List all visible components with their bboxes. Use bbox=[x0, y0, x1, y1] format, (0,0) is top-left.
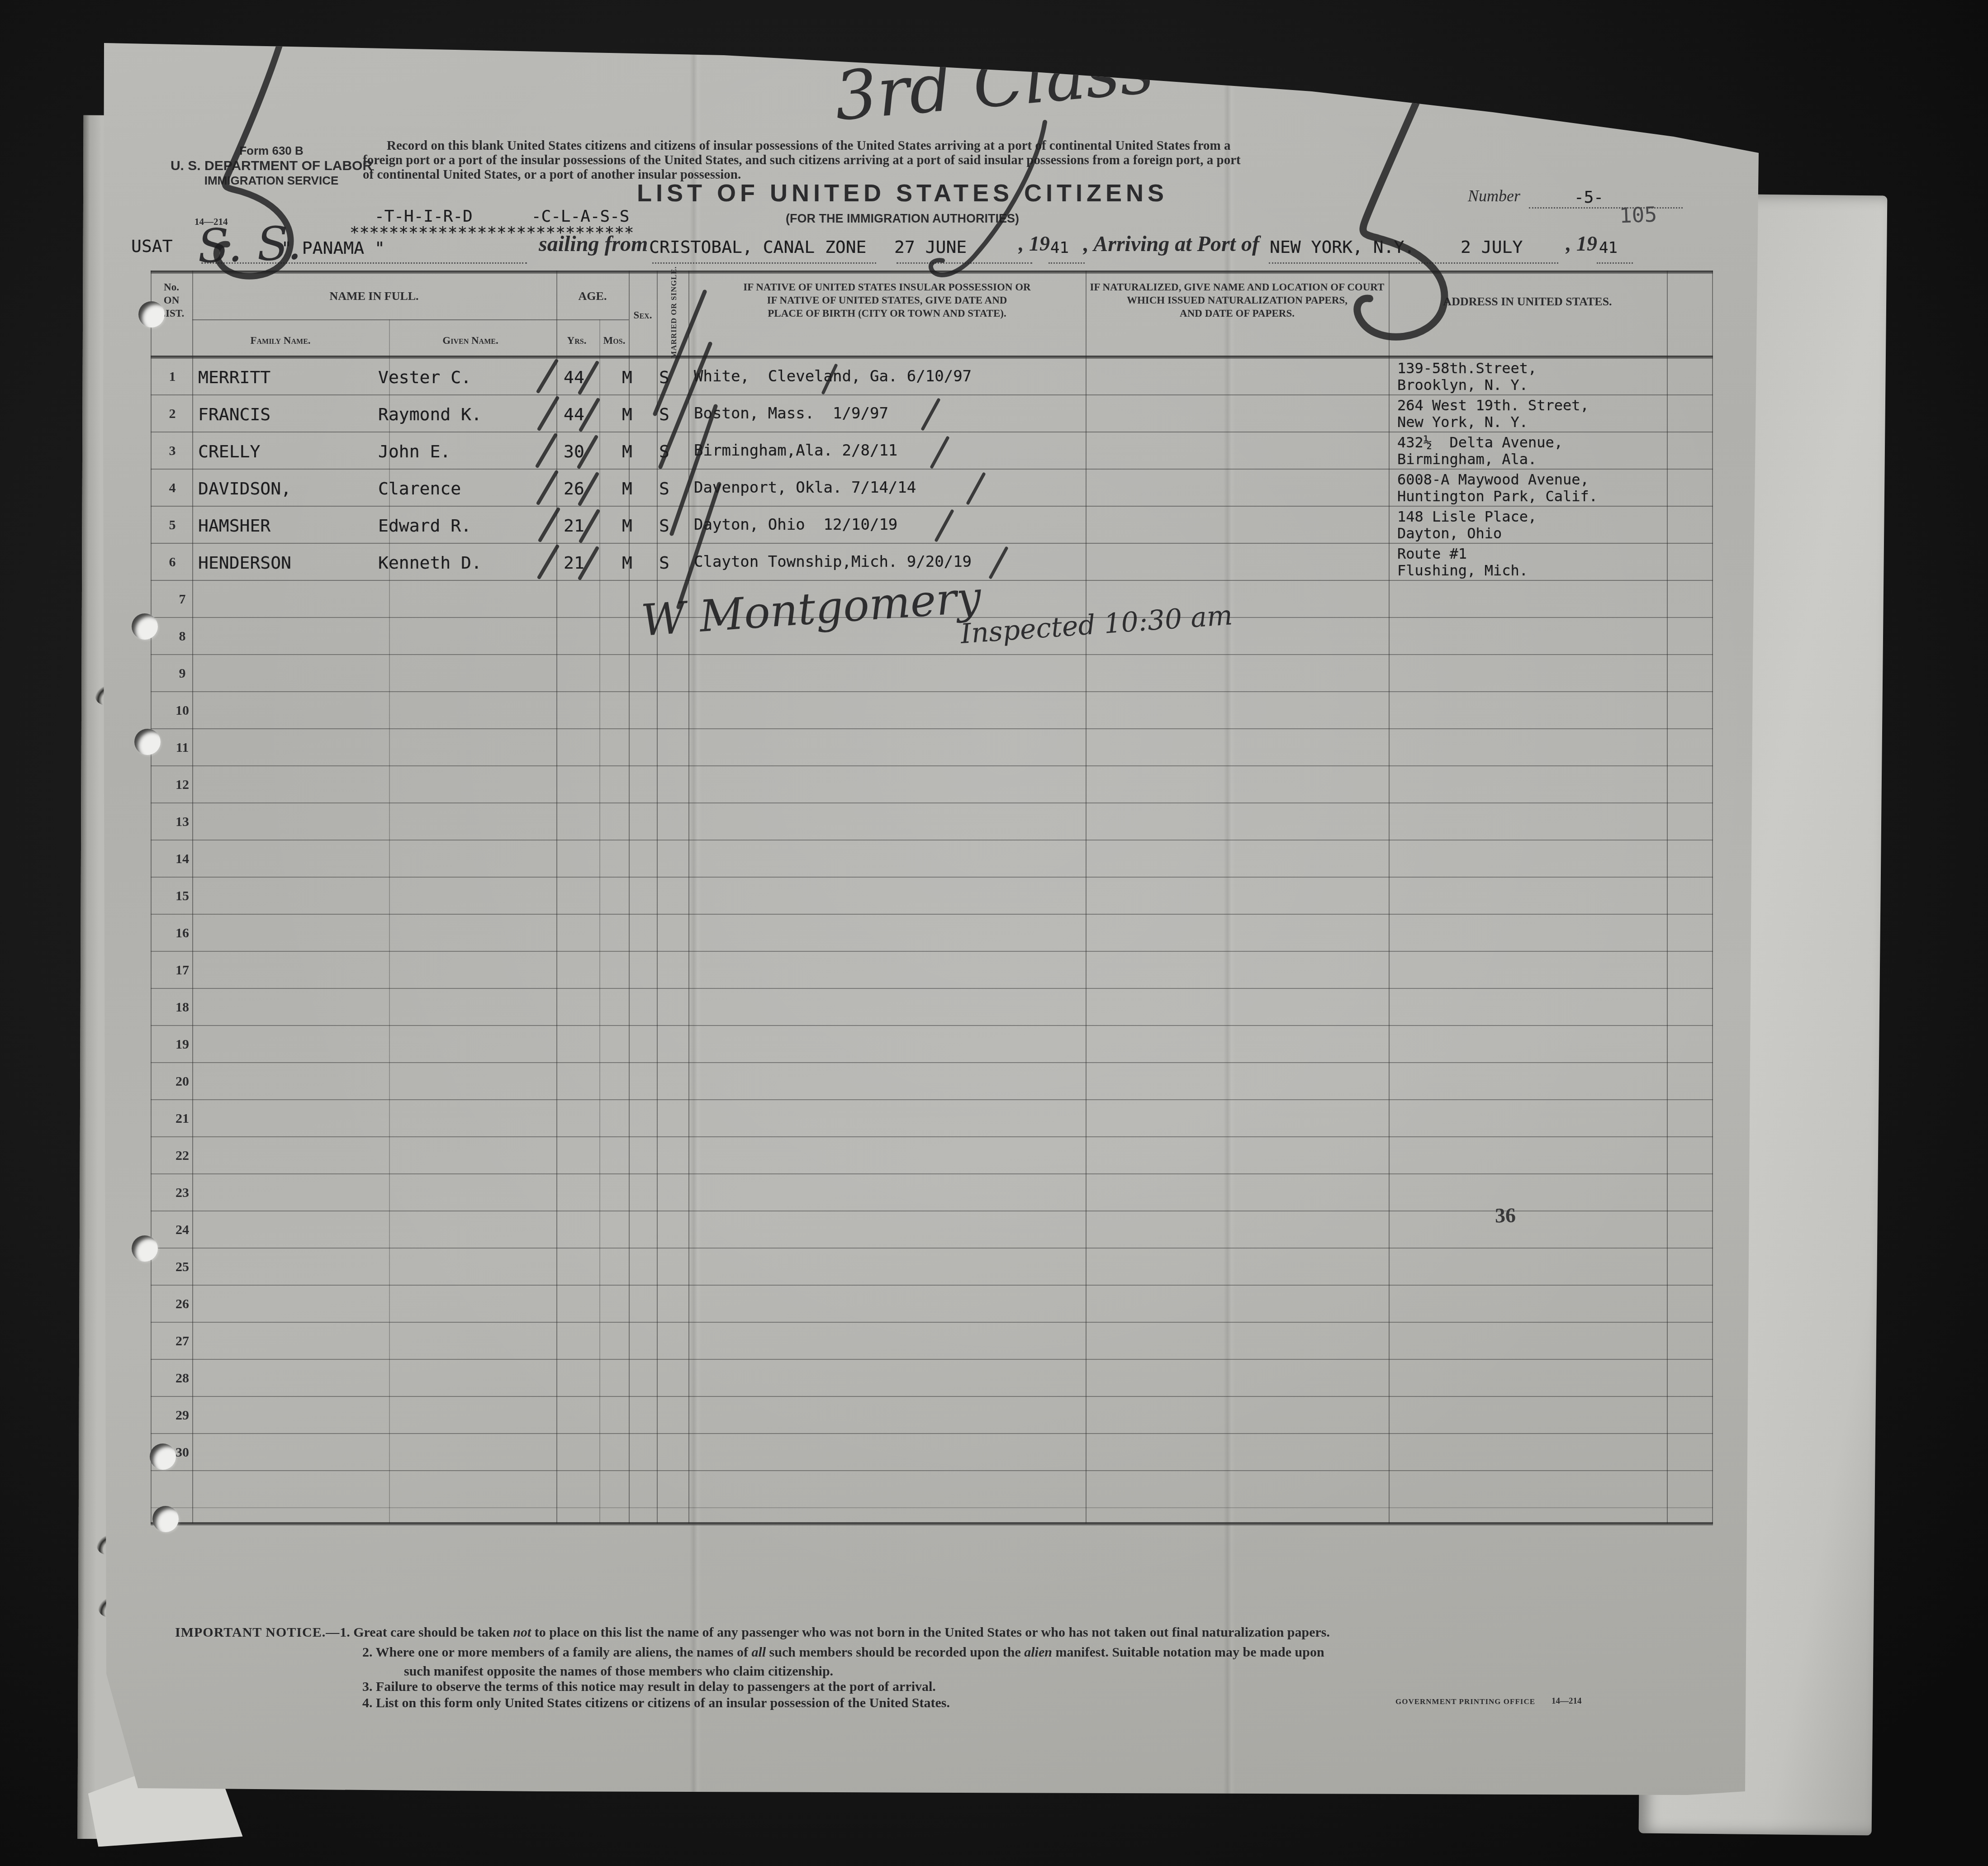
us-address: Route #1Flushing, Mich. bbox=[1397, 546, 1528, 579]
notice-lead: IMPORTANT NOTICE.— bbox=[175, 1625, 340, 1640]
notice-item2-post: manifest. Suitable notation may be made … bbox=[1052, 1645, 1324, 1660]
row-number: 22 bbox=[164, 1148, 200, 1163]
address-line1: 432½ Delta Avenue, bbox=[1397, 434, 1563, 451]
empty-row-18: 18 bbox=[151, 988, 1713, 1026]
marital-status: S bbox=[659, 442, 669, 461]
age-yrs: 21 bbox=[564, 553, 584, 573]
punch-hole-icon bbox=[152, 1506, 179, 1532]
row-number: 18 bbox=[164, 1000, 200, 1015]
header-naturalized-line3: AND DATE OF PAPERS. bbox=[1090, 307, 1385, 320]
row-number: 15 bbox=[164, 888, 200, 904]
row-number: 27 bbox=[164, 1334, 200, 1349]
sailing-year: 41 bbox=[1050, 239, 1069, 257]
header-no-line2: ON bbox=[159, 294, 184, 307]
given-name: Raymond K. bbox=[378, 404, 482, 424]
empty-row-22: 22 bbox=[151, 1136, 1713, 1174]
row-number: 24 bbox=[164, 1222, 200, 1238]
subheader-rule bbox=[192, 319, 629, 320]
address-line2: Flushing, Mich. bbox=[1397, 562, 1528, 579]
gpo-imprint: GOVERNMENT PRINTING OFFICE bbox=[1395, 1697, 1535, 1706]
sex: M bbox=[622, 479, 632, 499]
row-number: 26 bbox=[164, 1296, 200, 1312]
number-value: -5- bbox=[1574, 188, 1604, 207]
marital-status: S bbox=[659, 516, 669, 536]
sailing-year-rule bbox=[1049, 262, 1085, 264]
empty-row-12: 12 bbox=[151, 765, 1713, 803]
row-number: 13 bbox=[164, 814, 200, 830]
empty-row-26: 26 bbox=[151, 1285, 1713, 1323]
sailing-label: sailing from bbox=[539, 232, 648, 256]
punch-hole-icon bbox=[150, 1443, 176, 1470]
row-number: 8 bbox=[164, 629, 200, 644]
marital-status: S bbox=[659, 367, 669, 387]
empty-row-11: 11 bbox=[151, 728, 1713, 766]
notice-line-2: 2. Where one or more members of a family… bbox=[362, 1645, 1324, 1660]
empty-row-23: 23 bbox=[151, 1173, 1713, 1211]
us-address: 432½ Delta Avenue,Birmingham, Ala. bbox=[1397, 434, 1563, 468]
empty-row-15: 15 bbox=[151, 877, 1713, 915]
punch-hole-icon bbox=[132, 613, 158, 640]
row-number: 3 bbox=[154, 443, 190, 459]
header-birth: IF NATIVE OF UNITED STATES INSULAR POSSE… bbox=[743, 280, 1030, 320]
notice-line-4: 3. Failure to observe the terms of this … bbox=[362, 1679, 936, 1695]
plate-code: 14—214 bbox=[195, 216, 228, 228]
header-birth-line1: IF NATIVE OF UNITED STATES INSULAR POSSE… bbox=[743, 280, 1030, 294]
family-name: HENDERSON bbox=[198, 553, 291, 573]
row-number: 7 bbox=[164, 592, 200, 607]
birthplace: Dayton, Ohio 12/10/19 bbox=[694, 516, 897, 534]
class-note-script: 3rd Class bbox=[831, 30, 1157, 136]
row-number: 9 bbox=[164, 666, 200, 681]
address-line2: Birmingham, Ala. bbox=[1397, 451, 1537, 468]
sailing-date: 27 JUNE bbox=[894, 237, 967, 257]
empty-row-20: 20 bbox=[151, 1062, 1713, 1100]
gpo-code: 14—214 bbox=[1551, 1696, 1582, 1706]
address-line2: Dayton, Ohio bbox=[1397, 525, 1502, 542]
header-birth-line2: IF NATIVE OF UNITED STATES, GIVE DATE AN… bbox=[743, 294, 1030, 307]
us-address: 264 West 19th. Street,New York, N. Y. bbox=[1397, 397, 1589, 431]
given-name: Vester C. bbox=[378, 367, 471, 387]
year-prefix-sailing: , 19 bbox=[1019, 232, 1050, 256]
header-name-in-full: NAME IN FULL. bbox=[329, 290, 418, 303]
header-address: ADDRESS IN UNITED STATES. bbox=[1443, 295, 1612, 308]
us-address: 139-58th.Street,Brooklyn, N. Y. bbox=[1397, 360, 1537, 394]
header-family-name: Family Name. bbox=[250, 334, 310, 347]
empty-row-16: 16 bbox=[151, 914, 1713, 952]
birthplace: Birmingham,Ala. 2/8/11 bbox=[694, 442, 897, 460]
notice-line-5: 4. List on this form only United States … bbox=[362, 1695, 950, 1711]
passenger-row-6: 6 HENDERSON Kenneth D. 21 M S Clayton To… bbox=[151, 543, 1713, 581]
sex: M bbox=[622, 367, 632, 387]
sailing-port: CRISTOBAL, CANAL ZONE bbox=[649, 237, 866, 257]
family-name: HAMSHER bbox=[198, 516, 270, 536]
row-number: 19 bbox=[164, 1037, 200, 1052]
family-name: DAVIDSON, bbox=[198, 479, 291, 499]
age-yrs: 44 bbox=[564, 367, 584, 387]
address-line1: 139-58th.Street, bbox=[1397, 360, 1537, 377]
row-number: 17 bbox=[164, 963, 200, 978]
row-number: 20 bbox=[164, 1074, 200, 1089]
instructions-line-2: foreign port or a port of the insular po… bbox=[363, 153, 1241, 168]
page-title: LIST OF UNITED STATES CITIZENS bbox=[637, 179, 1168, 207]
notice-item2-em1: all bbox=[751, 1645, 766, 1660]
empty-row-8: 8 bbox=[151, 617, 1713, 655]
empty-row-13: 13 bbox=[151, 802, 1713, 840]
header-sex: Sex. bbox=[634, 309, 652, 322]
empty-row-10: 10 bbox=[151, 691, 1713, 729]
age-yrs: 26 bbox=[564, 479, 584, 499]
vessel-rule bbox=[201, 262, 527, 264]
header-mos: Mos. bbox=[603, 334, 626, 347]
arrival-date: 2 JULY bbox=[1461, 237, 1523, 257]
birthplace: White, Cleveland, Ga. 6/10/97 bbox=[694, 367, 972, 385]
header-naturalized-line2: WHICH ISSUED NATURALIZATION PAPERS, bbox=[1090, 294, 1385, 307]
birthplace: Boston, Mass. 1/9/97 bbox=[694, 404, 888, 423]
page-stamp: 105 bbox=[1619, 202, 1657, 228]
row-number: 14 bbox=[164, 851, 200, 867]
sheet-stamp: 36 bbox=[1495, 1203, 1516, 1228]
vessel-name: " PANAMA " bbox=[281, 238, 385, 258]
empty-row-24: 24 bbox=[151, 1211, 1713, 1249]
header-yrs: Yrs. bbox=[567, 334, 587, 347]
row-number: 29 bbox=[164, 1408, 200, 1423]
notice-item1-em: not bbox=[513, 1625, 531, 1640]
row-number: 21 bbox=[164, 1111, 200, 1126]
birthplace: Davenport, Okla. 7/14/14 bbox=[694, 479, 916, 497]
year-prefix-arrival: , 19 bbox=[1566, 232, 1597, 256]
header-naturalized-line1: IF NATURALIZED, GIVE NAME AND LOCATION O… bbox=[1090, 280, 1385, 294]
header-married-single: MARRIED OR SINGLE. bbox=[669, 268, 678, 358]
punch-hole-icon bbox=[132, 1235, 158, 1262]
address-line2: Huntington Park, Calif. bbox=[1397, 488, 1598, 505]
family-name: FRANCIS bbox=[198, 404, 270, 424]
birthplace: Clayton Township,Mich. 9/20/19 bbox=[694, 553, 972, 571]
pre-bottom-rule bbox=[151, 1507, 1713, 1508]
passenger-row-1: 1 MERRITT Vester C. 44 M S White, Clevel… bbox=[151, 357, 1713, 395]
notice-line-3: such manifest opposite the names of thos… bbox=[404, 1664, 833, 1679]
family-name: MERRITT bbox=[198, 367, 270, 387]
row-number: 12 bbox=[164, 777, 200, 793]
address-line2: New York, N. Y. bbox=[1397, 413, 1528, 431]
empty-row-17: 17 bbox=[151, 951, 1713, 989]
manifest-page: Form 630 B U. S. DEPARTMENT OF LABOR IMM… bbox=[86, 27, 1760, 1798]
sex: M bbox=[622, 442, 632, 461]
sex: M bbox=[622, 553, 632, 573]
age-yrs: 30 bbox=[564, 442, 584, 461]
empty-row-9: 9 bbox=[151, 654, 1713, 692]
family-name: CRELLY bbox=[198, 442, 260, 461]
page-subtitle: (FOR THE IMMIGRATION AUTHORITIES) bbox=[786, 212, 1019, 226]
sailing-date-rule bbox=[897, 262, 1032, 264]
empty-row-29: 29 bbox=[151, 1396, 1713, 1434]
given-name: John E. bbox=[378, 442, 451, 461]
header-given-name: Given Name. bbox=[442, 334, 498, 347]
empty-row-7: 7 bbox=[151, 580, 1713, 618]
notice-item2-pre: 2. Where one or more members of a family… bbox=[362, 1645, 751, 1660]
row-number: 6 bbox=[154, 555, 190, 570]
row-number: 1 bbox=[154, 369, 190, 385]
photostat-scan-background: Form 630 B U. S. DEPARTMENT OF LABOR IMM… bbox=[0, 0, 1988, 1866]
address-line1: 6008-A Maywood Avenue, bbox=[1397, 471, 1589, 488]
arrival-year: 41 bbox=[1599, 239, 1618, 257]
row-number: 25 bbox=[164, 1259, 200, 1275]
service-name: IMMIGRATION SERVICE bbox=[204, 174, 339, 188]
row-number: 5 bbox=[154, 518, 190, 533]
passenger-row-5: 5 HAMSHER Edward R. 21 M S Dayton, Ohio … bbox=[151, 506, 1713, 544]
row-number: 23 bbox=[164, 1185, 200, 1201]
sailing-port-rule bbox=[652, 262, 876, 264]
empty-row-21: 21 bbox=[151, 1099, 1713, 1137]
row-number: 11 bbox=[164, 740, 200, 755]
age-yrs: 44 bbox=[564, 404, 584, 424]
table-top-rule bbox=[151, 271, 1713, 274]
empty-row-19: 19 bbox=[151, 1025, 1713, 1063]
empty-row-27: 27 bbox=[151, 1322, 1713, 1360]
notice-item1-post: to place on this list the name of any pa… bbox=[531, 1625, 1330, 1640]
header-birth-line3: PLACE OF BIRTH (CITY OR TOWN AND STATE). bbox=[743, 307, 1030, 320]
arriving-label: , Arriving at Port of bbox=[1083, 232, 1259, 256]
arrival-year-rule bbox=[1597, 262, 1633, 264]
vessel-prefix: USAT bbox=[131, 236, 173, 256]
notice-line-1: IMPORTANT NOTICE.—1. Great care should b… bbox=[175, 1625, 1330, 1640]
row-number: 16 bbox=[164, 926, 200, 941]
given-name: Clarence bbox=[378, 479, 461, 499]
empty-row-25: 25 bbox=[151, 1248, 1713, 1286]
table-bottom-rule bbox=[151, 1522, 1713, 1525]
header-no-line1: No. bbox=[159, 280, 184, 294]
sex: M bbox=[622, 516, 632, 536]
empty-row-28: 28 bbox=[151, 1359, 1713, 1397]
marital-status: S bbox=[659, 479, 669, 499]
row-number: 4 bbox=[154, 480, 190, 496]
header-age: AGE. bbox=[579, 290, 607, 303]
address-line2: Brooklyn, N. Y. bbox=[1397, 376, 1528, 394]
notice-item1-pre: 1. Great care should be taken bbox=[340, 1625, 513, 1640]
sex: M bbox=[622, 404, 632, 424]
age-yrs: 21 bbox=[564, 516, 584, 536]
department-name: U. S. DEPARTMENT OF LABOR bbox=[171, 158, 372, 174]
arrival-port: NEW YORK, N.Y. bbox=[1270, 237, 1414, 257]
row-number: 28 bbox=[164, 1371, 200, 1386]
passenger-row-3: 3 CRELLY John E. 30 M S Birmingham,Ala. … bbox=[151, 432, 1713, 470]
notice-item2-em2: alien bbox=[1024, 1645, 1052, 1660]
number-rule bbox=[1529, 207, 1683, 209]
passenger-row-4: 4 DAVIDSON, Clarence 26 M S Davenport, O… bbox=[151, 469, 1713, 507]
empty-row-30: 30 bbox=[151, 1433, 1713, 1471]
row-number: 2 bbox=[154, 406, 190, 422]
marital-status: S bbox=[659, 404, 669, 424]
form-number: Form 630 B bbox=[239, 144, 304, 158]
number-label: Number bbox=[1468, 186, 1520, 205]
instructions-line-1: Record on this blank United States citiz… bbox=[387, 138, 1230, 153]
header-naturalized: IF NATURALIZED, GIVE NAME AND LOCATION O… bbox=[1090, 280, 1385, 320]
us-address: 148 Lisle Place,Dayton, Ohio bbox=[1397, 508, 1537, 542]
punch-hole-icon bbox=[138, 301, 165, 328]
address-line1: Route #1 bbox=[1397, 545, 1467, 562]
us-address: 6008-A Maywood Avenue,Huntington Park, C… bbox=[1397, 471, 1598, 505]
empty-row-14: 14 bbox=[151, 840, 1713, 878]
address-line1: 148 Lisle Place, bbox=[1397, 508, 1537, 525]
given-name: Kenneth D. bbox=[378, 553, 482, 573]
passenger-row-2: 2 FRANCIS Raymond K. 44 M S Boston, Mass… bbox=[151, 394, 1713, 432]
address-line1: 264 West 19th. Street, bbox=[1397, 397, 1589, 414]
arrival-port-rule bbox=[1269, 262, 1558, 264]
punch-hole-icon bbox=[134, 729, 161, 755]
class-designation: -T-H-I-R-D -C-L-A-S-S bbox=[375, 207, 630, 226]
row-number: 10 bbox=[164, 703, 200, 718]
notice-item2-mid: such members should be recorded upon the bbox=[766, 1645, 1024, 1660]
given-name: Edward R. bbox=[378, 516, 471, 536]
marital-status: S bbox=[659, 553, 669, 573]
